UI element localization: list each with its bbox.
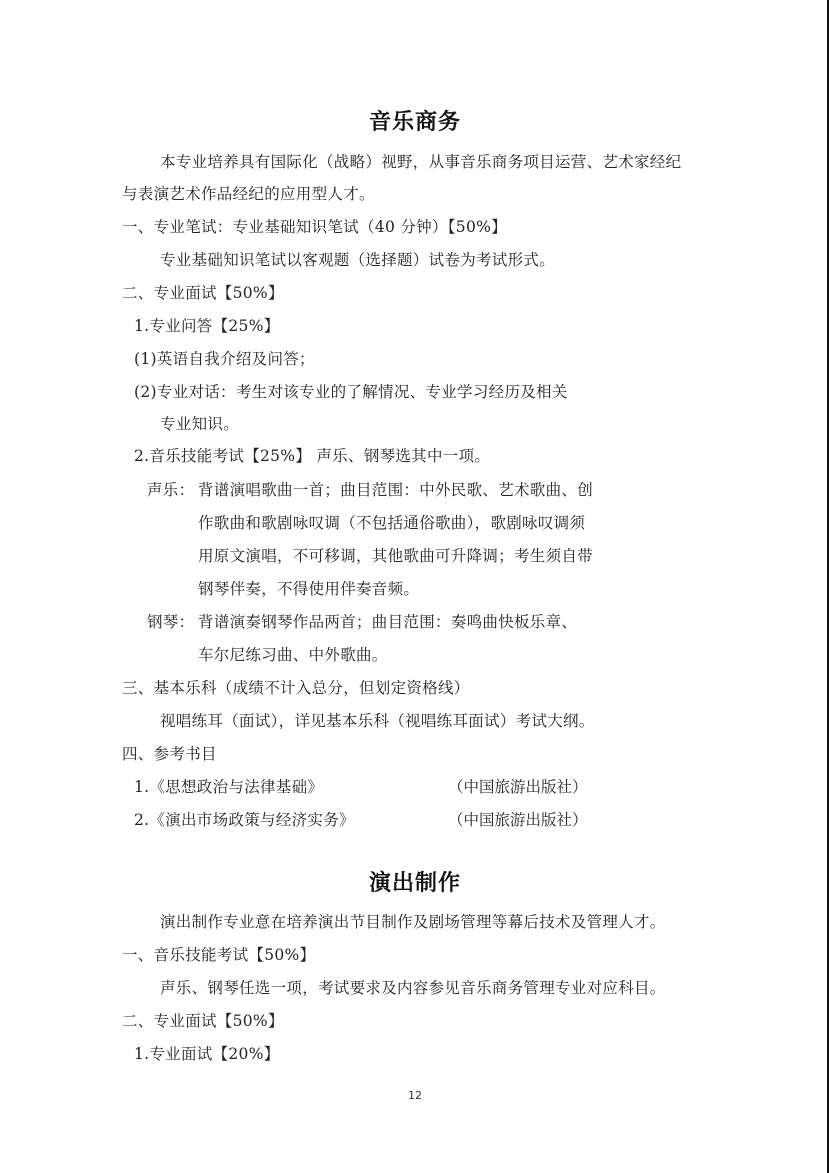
part2-item1-heading: 1.专业问答【25%】 <box>134 316 280 336</box>
part1-heading: 一、专业笔试：专业基础知识笔试（40 分钟）【50%】 <box>122 217 507 237</box>
document-page: 音乐商务 本专业培养具有国际化（战略）视野，从事音乐商务项目运营、艺术家经纪 与… <box>0 0 830 1173</box>
book-2-title: 2.《演出市场政策与经济实务》 <box>134 810 355 830</box>
book-1-title: 1.《思想政治与法律基础》 <box>134 777 323 797</box>
vocal-line-3: 用原文演唱，不可移调，其他歌曲可升降调；考生须自带 <box>198 546 593 566</box>
s2-part2-item1-heading: 1.专业面试【20%】 <box>134 1044 280 1064</box>
vocal-label: 声乐： <box>147 480 194 500</box>
part3-heading: 三、基本乐科（成绩不计入总分，但划定资格线） <box>122 678 470 698</box>
part1-text: 专业基础知识笔试以客观题（选择题）试卷为考试形式。 <box>160 250 555 270</box>
book-1-publisher: （中国旅游出版社） <box>448 777 588 797</box>
part2-heading: 二、专业面试【50%】 <box>122 283 284 303</box>
vocal-line-1: 背谱演唱歌曲一首；曲目范围：中外民歌、艺术歌曲、创 <box>198 480 593 500</box>
vocal-line-2: 作歌曲和歌剧咏叹调（不包括通俗歌曲），歌剧咏叹调须 <box>198 513 585 533</box>
vocal-line-4: 钢琴伴奏，不得使用伴奏音频。 <box>198 579 419 599</box>
s2-part1-text: 声乐、钢琴任选一项，考试要求及内容参见音乐商务管理专业对应科目。 <box>160 978 666 998</box>
part2-item2-heading: 2.音乐技能考试【25%】 声乐、钢琴选其中一项。 <box>134 446 490 466</box>
page-number: 12 <box>0 1089 830 1102</box>
piano-label: 钢琴： <box>147 612 194 632</box>
piano-line-2: 车尔尼练习曲、中外歌曲。 <box>198 645 388 665</box>
s2-intro-line-1: 演出制作专业意在培养演出节目制作及剧场管理等幕后技术及管理人才。 <box>160 912 666 932</box>
intro-line-2: 与表演艺术作品经纪的应用型人才。 <box>122 184 375 204</box>
part2-item1-sub2-line2: 专业知识。 <box>160 414 239 434</box>
book-2-publisher: （中国旅游出版社） <box>448 810 588 830</box>
section-title-music-business: 音乐商务 <box>0 108 830 136</box>
piano-line-1: 背谱演奏钢琴作品两首；曲目范围：奏鸣曲快板乐章、 <box>198 612 577 632</box>
part4-heading: 四、参考书目 <box>122 744 217 764</box>
part2-item1-sub1: (1)英语自我介绍及问答； <box>134 349 315 369</box>
part2-item1-sub2-line1: (2)专业对话：考生对该专业的了解情况、专业学习经历及相关 <box>134 382 568 402</box>
page-edge-line <box>827 0 829 1173</box>
s2-part1-heading: 一、音乐技能考试【50%】 <box>122 945 315 965</box>
intro-line-1: 本专业培养具有国际化（战略）视野，从事音乐商务项目运营、艺术家经纪 <box>160 152 681 172</box>
part3-text: 视唱练耳（面试），详见基本乐科（视唱练耳面试）考试大纲。 <box>160 711 595 731</box>
section-title-performance-production: 演出制作 <box>0 869 830 897</box>
s2-part2-heading: 二、专业面试【50%】 <box>122 1011 284 1031</box>
